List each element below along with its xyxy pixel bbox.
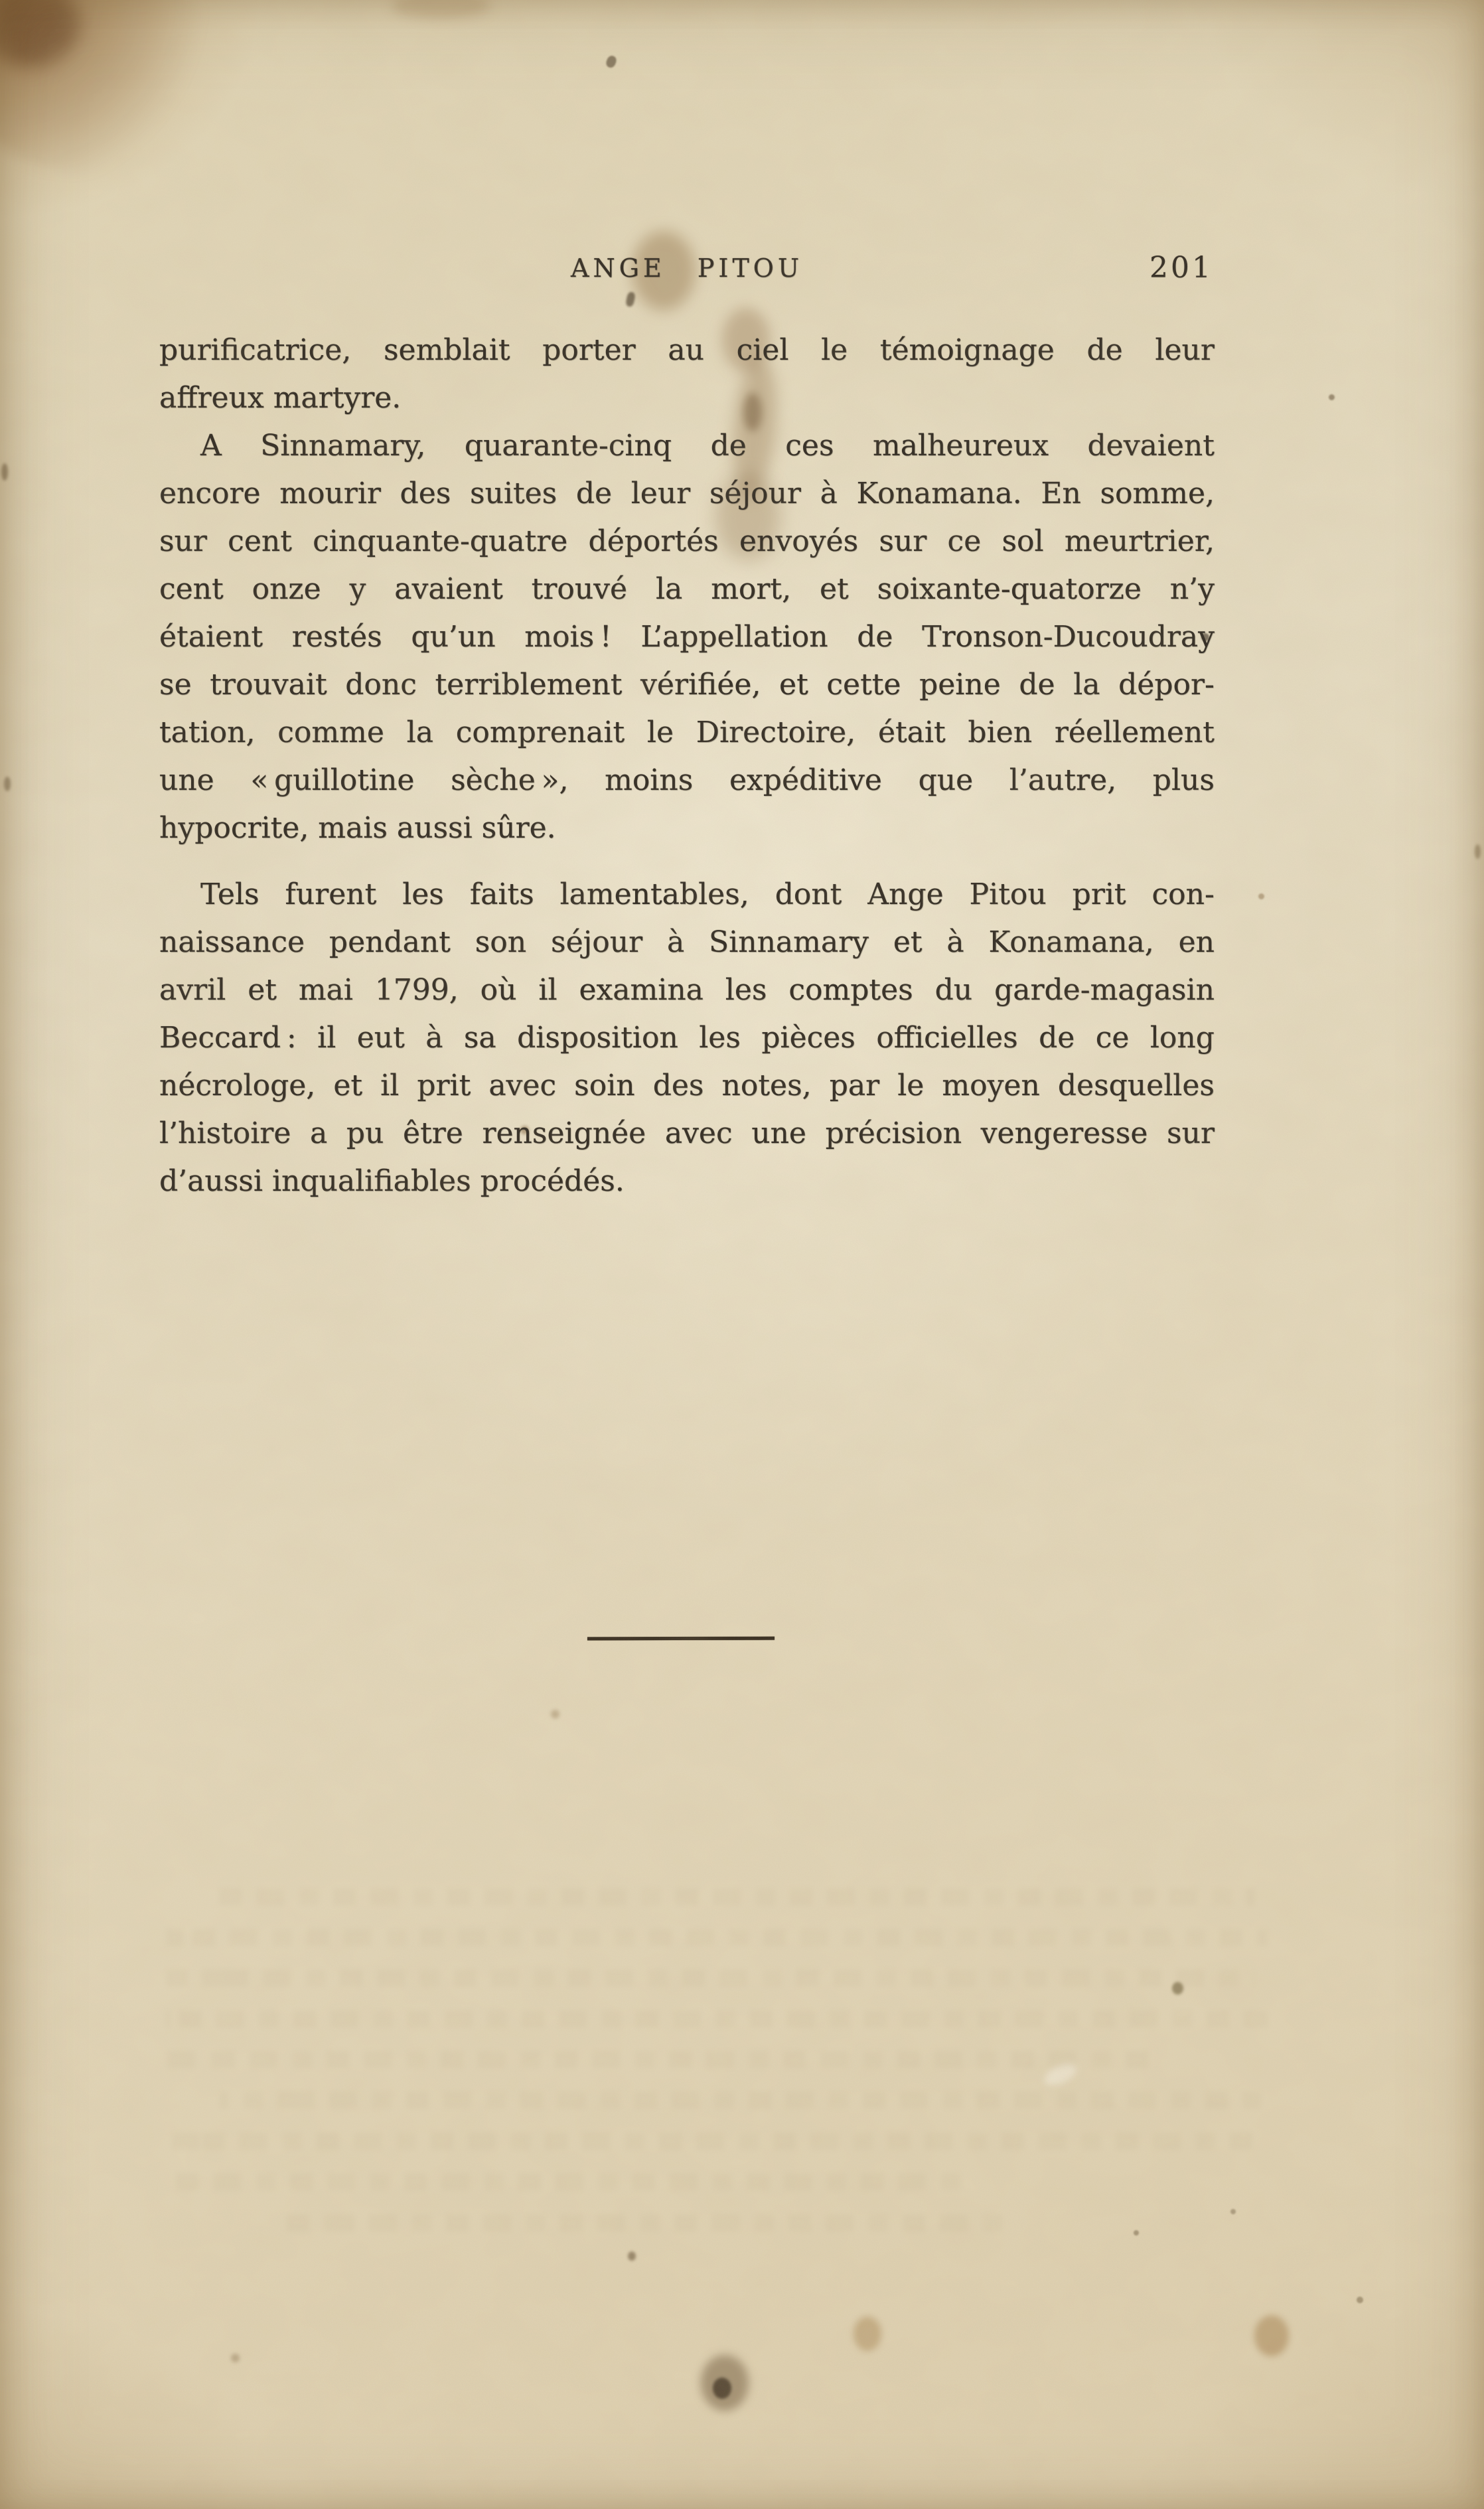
text-line: hypocrite, mais aussi sûre. <box>159 804 1215 852</box>
bleedthrough-line <box>166 2133 1261 2150</box>
header-smudge-tick <box>625 291 636 307</box>
text-line: une« guillotinesèche »,moinsexpéditivequ… <box>159 757 1215 804</box>
bleedthrough-line <box>166 1929 1268 1946</box>
text-line: nécrologe,etilpritavecsoindesnotes,parle… <box>159 1062 1215 1110</box>
bleedthrough-line <box>219 1888 1254 1906</box>
bleedthrough-line <box>166 2011 1268 2028</box>
text-line: étaientrestésqu’unmois !L’appellationdeT… <box>159 613 1215 661</box>
corner-stain-core <box>0 0 80 66</box>
bleedthrough-line <box>166 2173 962 2190</box>
speck-right-edge <box>1475 844 1481 859</box>
section-divider <box>587 1637 775 1641</box>
running-header: ANGE PITOU 201 <box>159 254 1215 291</box>
text-line: tation,commelacomprenaitleDirectoire,éta… <box>159 709 1215 757</box>
text-line: d’aussi inqualifiables procédés. <box>159 1158 1215 1205</box>
text-line: Beccard :ileutàsadispositionlespiècesoff… <box>159 1014 1215 1062</box>
white-scratch <box>1041 2059 1080 2090</box>
speck-bottom-left <box>231 2354 240 2362</box>
text-line: l’histoireapuêtrerenseignéeavecuneprécis… <box>159 1110 1215 1158</box>
dot-mid-right <box>1258 893 1264 899</box>
tan-blob-bottom-2 <box>1254 2315 1289 2356</box>
book-page: ANGE PITOU 201 purificatrice,semblaitpor… <box>0 0 1484 2509</box>
text-line: purificatrice,semblaitporteraucielletémo… <box>159 327 1215 374</box>
bleedthrough-line <box>166 2051 1161 2068</box>
top-edge-smudge <box>392 0 491 19</box>
faint-dot-lower <box>551 1710 559 1718</box>
text-line: avriletmai1799,oùilexaminalescomptesduga… <box>159 966 1215 1014</box>
tan-blob-bottom-1 <box>853 2317 881 2351</box>
speck-bottom-1 <box>628 2251 636 2261</box>
speck-right-margin-1 <box>1329 394 1335 400</box>
corner-stain-top-left <box>0 0 219 173</box>
bleedthrough-line <box>166 1969 1254 1987</box>
text-line: surcentcinquante-quatredéportésenvoyéssu… <box>159 518 1215 566</box>
text-line: affreux martyre. <box>159 374 1215 422</box>
text-line: encoremourirdessuitesdeleurséjouràKonama… <box>159 470 1215 518</box>
speck-bottom-4 <box>1230 2209 1236 2214</box>
page-text: purificatrice,semblaitporteraucielletémo… <box>159 327 1215 1205</box>
speck-bottom-3 <box>1134 2230 1139 2236</box>
speck-top-center <box>605 54 618 69</box>
text-line: ASinnamary,quarante-cinqdecesmalheureuxd… <box>159 422 1215 470</box>
left-edge-dash-2 <box>4 777 11 791</box>
text-line: setrouvaitdoncterriblementvérifiée,etcet… <box>159 661 1215 709</box>
text-line: naissancependantsonséjouràSinnamaryetàKo… <box>159 919 1215 966</box>
left-edge-dash-1 <box>1 463 8 481</box>
dark-stain-bottom-core <box>713 2378 731 2399</box>
text-line: centonzeyavaienttrouvélamort,etsoixante-… <box>159 566 1215 613</box>
paragraph-space <box>159 852 1215 871</box>
bleedthrough-line <box>219 2091 1261 2109</box>
running-title: ANGE PITOU <box>159 254 1215 283</box>
olive-speck <box>1172 1982 1183 1995</box>
text-line: Telsfurentlesfaitslamentables,dontAngePi… <box>159 871 1215 919</box>
bleedthrough-line <box>279 2214 1009 2232</box>
dark-stain-bottom <box>701 2355 749 2411</box>
page-number: 201 <box>1150 251 1213 285</box>
speck-bottom-2 <box>1357 2297 1363 2303</box>
